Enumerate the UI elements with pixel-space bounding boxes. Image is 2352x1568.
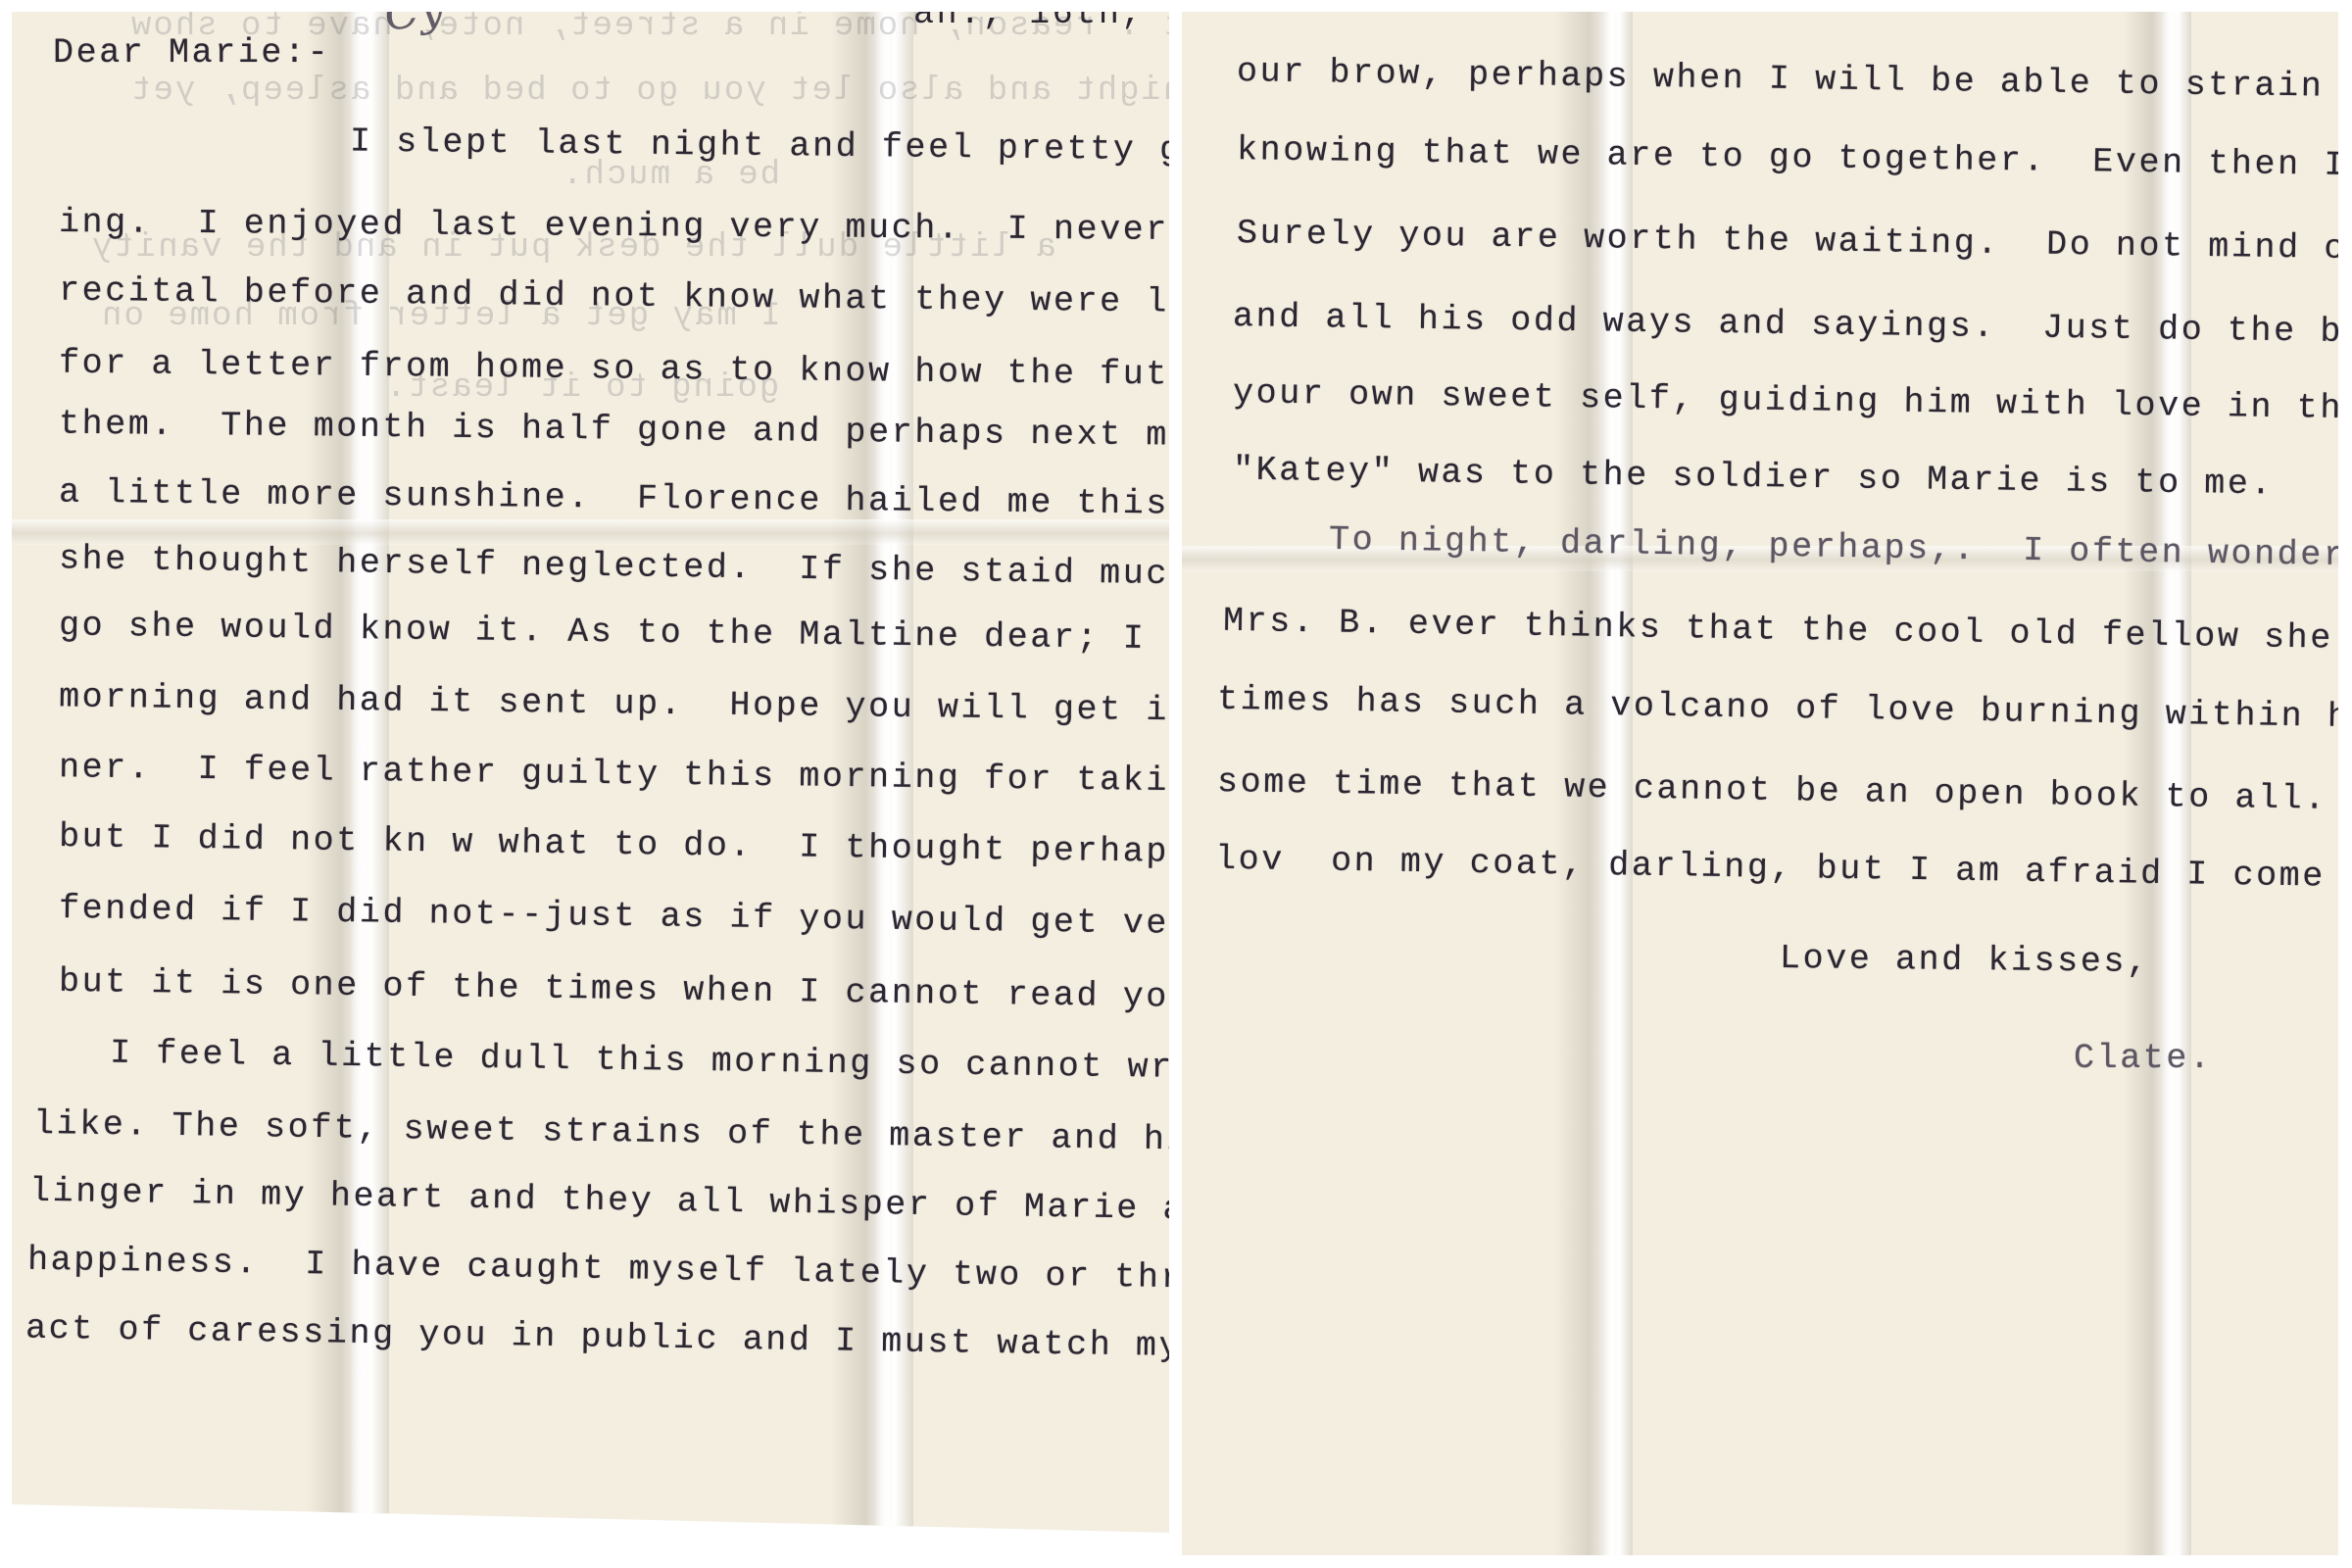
- letter-line: our brow, perhaps when I will be able to…: [1237, 52, 2338, 109]
- closing: Love and kisses,: [1780, 939, 2150, 982]
- letter-line: morning and had it sent up. Hope you wil…: [59, 677, 1169, 733]
- letter-line: like. The soft, sweet strains of the mas…: [33, 1104, 1169, 1163]
- letter-line: ner. I feel rather guilty this morning f…: [59, 748, 1169, 805]
- letter-line: To night, darling, perhaps,. I often won…: [1329, 520, 2338, 578]
- letter-line: fended if I did not--just as if you woul…: [59, 889, 1169, 948]
- letter-line: them. The month is half gone and perhaps…: [59, 405, 1169, 459]
- letter-page-left: I won't . reason, home in a street, note…: [12, 12, 1169, 1541]
- letter-page-right: our brow, perhaps when I will be able to…: [1182, 12, 2338, 1555]
- letter-line: but it is one of the times when I cannot…: [59, 962, 1169, 1017]
- letter-line: linger in my heart and they all whisper …: [29, 1172, 1169, 1234]
- letter-line: happiness. I have caught myself lately t…: [27, 1241, 1169, 1302]
- letter-line: act of caressing you in public and I mus…: [25, 1309, 1169, 1371]
- letter-line: lov on my coat, darling, but I am afraid…: [1215, 840, 2338, 899]
- letter-date: an., 16th,: [913, 12, 1145, 33]
- letter-line: but I did not kn w what to do. I thought…: [59, 817, 1169, 876]
- letter-line: knowing that we are to go together. Even…: [1237, 130, 2338, 187]
- letter-line: some time that we cannot be an open book…: [1217, 762, 2338, 821]
- letter-line: and all his odd ways and sayings. Just d…: [1233, 297, 2338, 354]
- salutation: Dear Marie:-: [53, 33, 330, 73]
- letter-line: Mrs. B. ever thinks that the cool old fe…: [1223, 602, 2338, 661]
- letter-line: a little more sunshine. Florence hailed …: [59, 473, 1169, 527]
- letter-line: "Katey" was to the soldier so Marie is t…: [1233, 451, 2275, 505]
- letter-line: I slept last night and feel pretty good …: [350, 122, 1169, 172]
- letter-line: she thought herself neglected. If she st…: [59, 539, 1169, 597]
- letter-line: Surely you are worth the waiting. Do not…: [1237, 214, 2338, 270]
- signature: Clate.: [2074, 1039, 2213, 1078]
- letter-line: I feel a little dull this morning so can…: [110, 1034, 1169, 1092]
- letter-line: go she would know it. As to the Maltine …: [59, 606, 1169, 661]
- bleed-through-text: rest to night and also let you go to bed…: [129, 73, 1169, 110]
- letter-line: times has such a volcano of love burning…: [1217, 680, 2338, 739]
- letter-line: your own sweet self, guiding him with lo…: [1233, 373, 2338, 430]
